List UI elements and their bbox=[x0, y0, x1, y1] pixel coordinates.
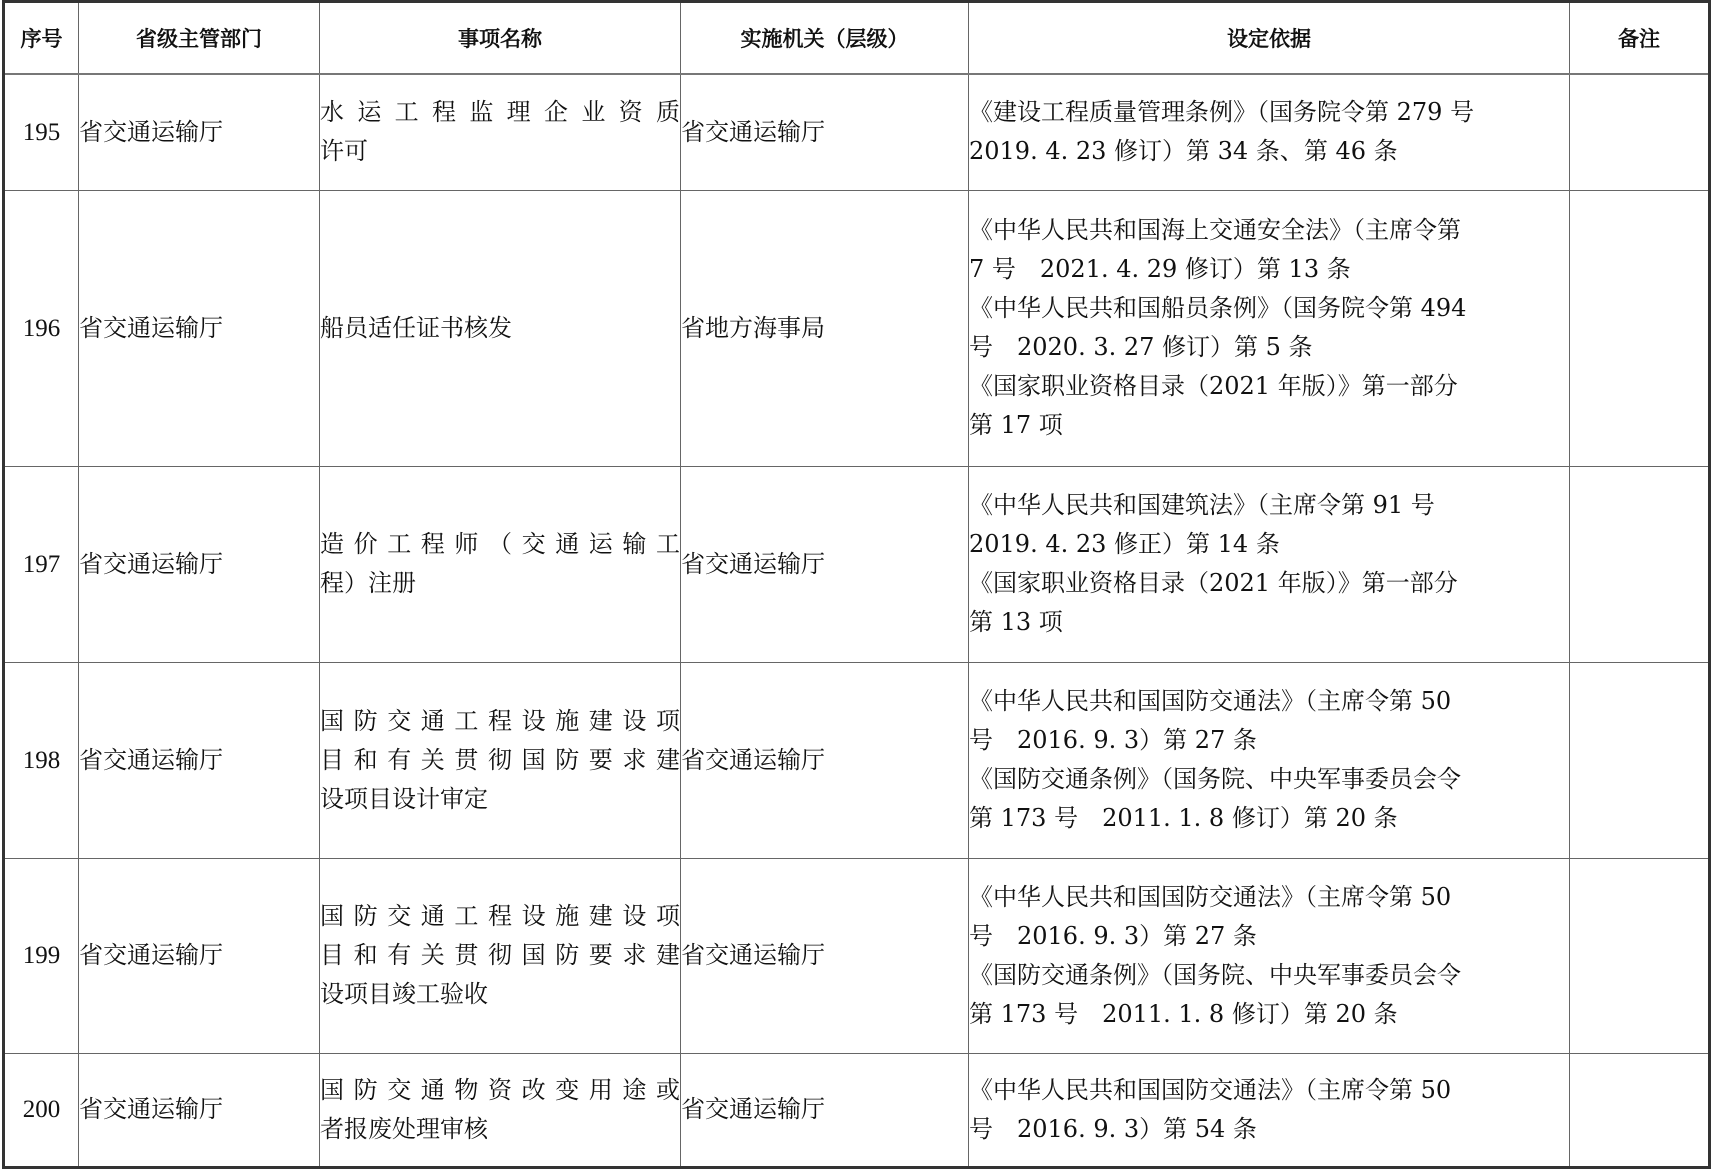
serial-number-cell: 195 bbox=[4, 74, 79, 190]
legal-basis-cell: 《中华人民共和国建筑法》（主席令第 91 号2019. 4. 23 修正）第 1… bbox=[969, 466, 1570, 662]
legal-basis-line: 号 2016. 9. 3）第 54 条 bbox=[969, 1110, 1569, 1149]
item-name-line: 者报废处理审核 bbox=[320, 1110, 680, 1149]
legal-basis-line: 《中华人民共和国建筑法》（主席令第 91 号 bbox=[969, 486, 1569, 525]
header-provincial-department: 省级主管部门 bbox=[79, 2, 320, 75]
table-row: 198省交通运输厅国防交通工程设施建设项目和有关贯彻国防要求建设项目设计审定省交… bbox=[4, 662, 1710, 858]
agency-cell: 省交通运输厅 bbox=[681, 466, 969, 662]
legal-basis-line: 《国家职业资格目录（2021 年版）》第一部分 bbox=[969, 367, 1569, 406]
legal-basis-line: 《中华人民共和国国防交通法》（主席令第 50 bbox=[969, 682, 1569, 721]
agency-cell: 省地方海事局 bbox=[681, 190, 969, 466]
table-row: 195省交通运输厅水运工程监理企业资质许可省交通运输厅《建设工程质量管理条例》（… bbox=[4, 74, 1710, 190]
item-name-cell: 国防交通物资改变用途或者报废处理审核 bbox=[320, 1053, 681, 1167]
item-name-cell: 造价工程师（交通运输工程）注册 bbox=[320, 466, 681, 662]
item-name-cell: 国防交通工程设施建设项目和有关贯彻国防要求建设项目设计审定 bbox=[320, 662, 681, 858]
legal-basis-line: 《建设工程质量管理条例》（国务院令第 279 号 bbox=[969, 93, 1569, 132]
legal-basis-line: 2019. 4. 23 修正）第 14 条 bbox=[969, 525, 1569, 564]
table-row: 196省交通运输厅船员适任证书核发省地方海事局《中华人民共和国海上交通安全法》（… bbox=[4, 190, 1710, 466]
item-name-line: 设项目设计审定 bbox=[320, 780, 680, 819]
header-item-name: 事项名称 bbox=[320, 2, 681, 75]
matters-table: 序号 省级主管部门 事项名称 实施机关（层级） 设定依据 备注 195省交通运输… bbox=[2, 0, 1711, 1169]
legal-basis-line: 第 173 号 2011. 1. 8 修订）第 20 条 bbox=[969, 799, 1569, 838]
table-row: 200省交通运输厅国防交通物资改变用途或者报废处理审核省交通运输厅《中华人民共和… bbox=[4, 1053, 1710, 1167]
department-cell: 省交通运输厅 bbox=[79, 1053, 320, 1167]
remarks-cell bbox=[1570, 466, 1710, 662]
legal-basis-line: 《中华人民共和国国防交通法》（主席令第 50 bbox=[969, 878, 1569, 917]
legal-basis-line: 号 2016. 9. 3）第 27 条 bbox=[969, 917, 1569, 956]
header-row: 序号 省级主管部门 事项名称 实施机关（层级） 设定依据 备注 bbox=[4, 2, 1710, 75]
legal-basis-line: 《国防交通条例》（国务院、中央军事委员会令 bbox=[969, 760, 1569, 799]
legal-basis-line: 第 13 项 bbox=[969, 603, 1569, 642]
remarks-cell bbox=[1570, 662, 1710, 858]
table-row: 199省交通运输厅国防交通工程设施建设项目和有关贯彻国防要求建设项目竣工验收省交… bbox=[4, 858, 1710, 1053]
legal-basis-line: 号 2016. 9. 3）第 27 条 bbox=[969, 721, 1569, 760]
legal-basis-line: 7 号 2021. 4. 29 修订）第 13 条 bbox=[969, 250, 1569, 289]
serial-number-cell: 196 bbox=[4, 190, 79, 466]
header-remarks: 备注 bbox=[1570, 2, 1710, 75]
item-name-cell: 水运工程监理企业资质许可 bbox=[320, 74, 681, 190]
item-name-line: 目和有关贯彻国防要求建 bbox=[320, 936, 680, 975]
serial-number-cell: 199 bbox=[4, 858, 79, 1053]
agency-cell: 省交通运输厅 bbox=[681, 74, 969, 190]
serial-number-cell: 197 bbox=[4, 466, 79, 662]
item-name-line: 国防交通物资改变用途或 bbox=[320, 1071, 680, 1110]
serial-number-cell: 198 bbox=[4, 662, 79, 858]
item-name-line: 造价工程师（交通运输工 bbox=[320, 525, 680, 564]
legal-basis-line: 《国防交通条例》（国务院、中央军事委员会令 bbox=[969, 956, 1569, 995]
legal-basis-cell: 《建设工程质量管理条例》（国务院令第 279 号2019. 4. 23 修订）第… bbox=[969, 74, 1570, 190]
remarks-cell bbox=[1570, 190, 1710, 466]
header-implementing-agency: 实施机关（层级） bbox=[681, 2, 969, 75]
item-name-line: 程）注册 bbox=[320, 564, 680, 603]
legal-basis-cell: 《中华人民共和国国防交通法》（主席令第 50号 2016. 9. 3）第 54 … bbox=[969, 1053, 1570, 1167]
department-cell: 省交通运输厅 bbox=[79, 74, 320, 190]
item-name-line: 国防交通工程设施建设项 bbox=[320, 702, 680, 741]
table-row: 197省交通运输厅造价工程师（交通运输工程）注册省交通运输厅《中华人民共和国建筑… bbox=[4, 466, 1710, 662]
legal-basis-line: 第 173 号 2011. 1. 8 修订）第 20 条 bbox=[969, 995, 1569, 1034]
remarks-cell bbox=[1570, 858, 1710, 1053]
item-name-line: 水运工程监理企业资质 bbox=[320, 93, 680, 132]
department-cell: 省交通运输厅 bbox=[79, 858, 320, 1053]
item-name-line: 船员适任证书核发 bbox=[320, 309, 680, 348]
item-name-line: 设项目竣工验收 bbox=[320, 975, 680, 1014]
legal-basis-line: 《中华人民共和国国防交通法》（主席令第 50 bbox=[969, 1071, 1569, 1110]
department-cell: 省交通运输厅 bbox=[79, 190, 320, 466]
legal-basis-line: 《国家职业资格目录（2021 年版）》第一部分 bbox=[969, 564, 1569, 603]
remarks-cell bbox=[1570, 1053, 1710, 1167]
item-name-line: 国防交通工程设施建设项 bbox=[320, 897, 680, 936]
header-serial-number: 序号 bbox=[4, 2, 79, 75]
legal-basis-cell: 《中华人民共和国海上交通安全法》（主席令第7 号 2021. 4. 29 修订）… bbox=[969, 190, 1570, 466]
item-name-line: 目和有关贯彻国防要求建 bbox=[320, 741, 680, 780]
department-cell: 省交通运输厅 bbox=[79, 662, 320, 858]
agency-cell: 省交通运输厅 bbox=[681, 858, 969, 1053]
agency-cell: 省交通运输厅 bbox=[681, 1053, 969, 1167]
legal-basis-cell: 《中华人民共和国国防交通法》（主席令第 50号 2016. 9. 3）第 27 … bbox=[969, 858, 1570, 1053]
agency-cell: 省交通运输厅 bbox=[681, 662, 969, 858]
item-name-cell: 船员适任证书核发 bbox=[320, 190, 681, 466]
legal-basis-line: 号 2020. 3. 27 修订）第 5 条 bbox=[969, 328, 1569, 367]
legal-basis-line: 第 17 项 bbox=[969, 406, 1569, 445]
department-cell: 省交通运输厅 bbox=[79, 466, 320, 662]
legal-basis-line: 2019. 4. 23 修订）第 34 条、第 46 条 bbox=[969, 132, 1569, 171]
item-name-line: 许可 bbox=[320, 132, 680, 171]
header-legal-basis: 设定依据 bbox=[969, 2, 1570, 75]
legal-basis-line: 《中华人民共和国船员条例》（国务院令第 494 bbox=[969, 289, 1569, 328]
legal-basis-line: 《中华人民共和国海上交通安全法》（主席令第 bbox=[969, 211, 1569, 250]
legal-basis-cell: 《中华人民共和国国防交通法》（主席令第 50号 2016. 9. 3）第 27 … bbox=[969, 662, 1570, 858]
remarks-cell bbox=[1570, 74, 1710, 190]
serial-number-cell: 200 bbox=[4, 1053, 79, 1167]
item-name-cell: 国防交通工程设施建设项目和有关贯彻国防要求建设项目竣工验收 bbox=[320, 858, 681, 1053]
